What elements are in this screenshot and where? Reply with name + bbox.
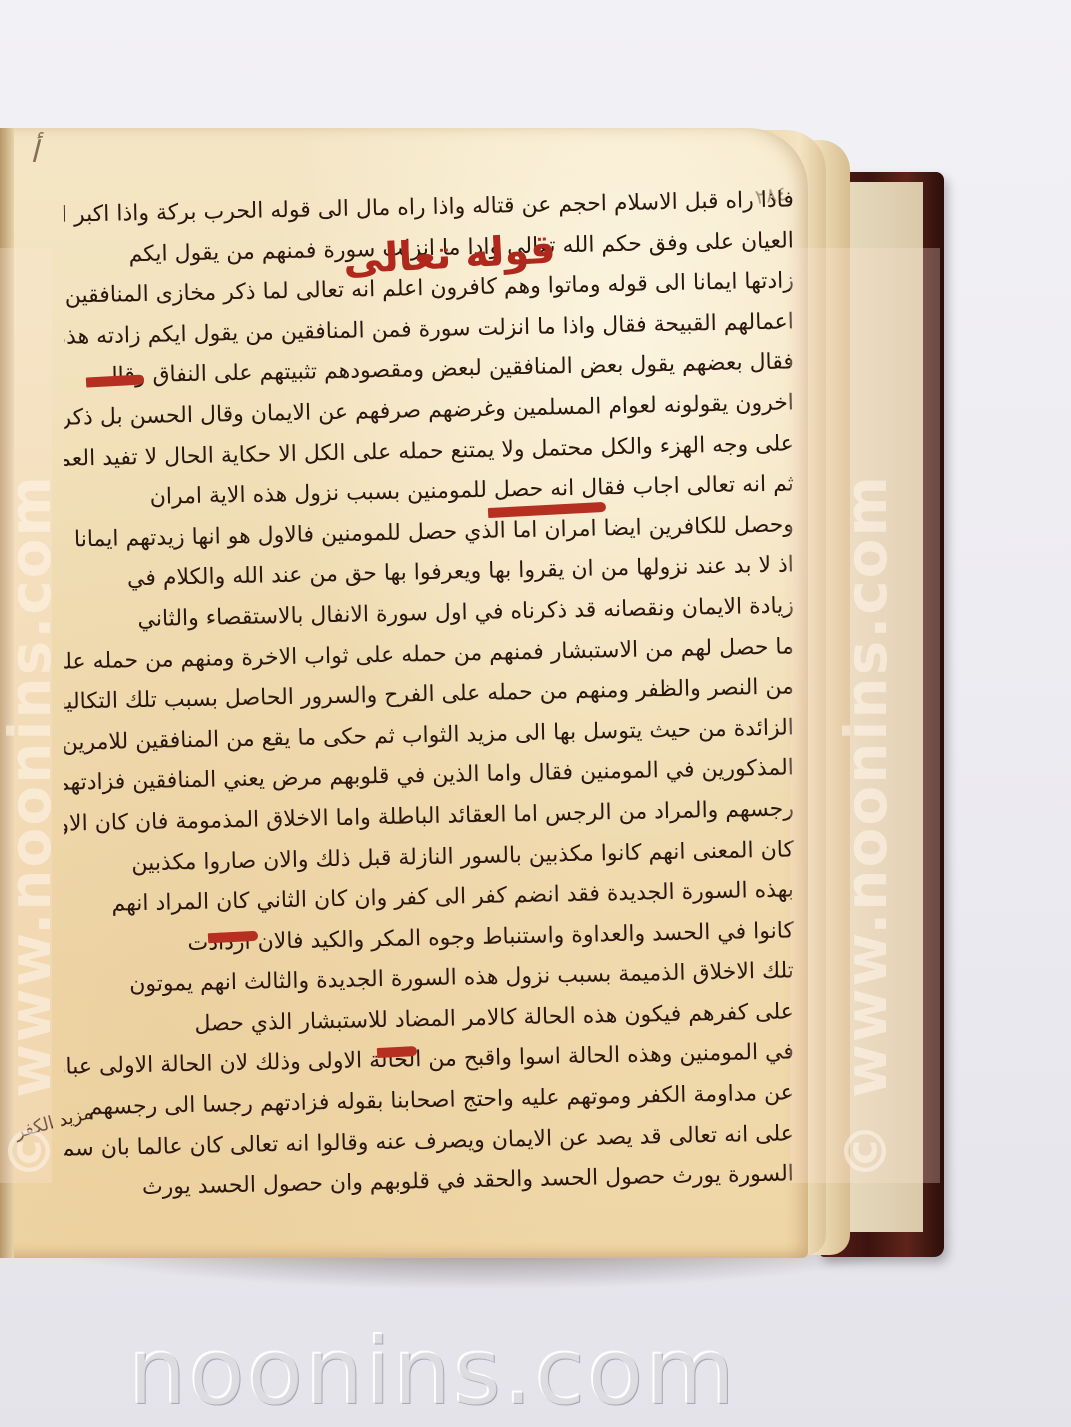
manuscript-text: فاذا راه قبل الاسلام احجم عن قتاله واذا … — [64, 188, 794, 1203]
watermark-vertical-left: © www.noonins.com — [0, 474, 64, 1180]
corner-mark: أ — [30, 135, 38, 170]
red-stroke — [377, 1046, 417, 1058]
watermark-bottom: noonins.com — [128, 1318, 737, 1425]
watermark-vertical-right: © www.noonins.com — [832, 474, 900, 1180]
